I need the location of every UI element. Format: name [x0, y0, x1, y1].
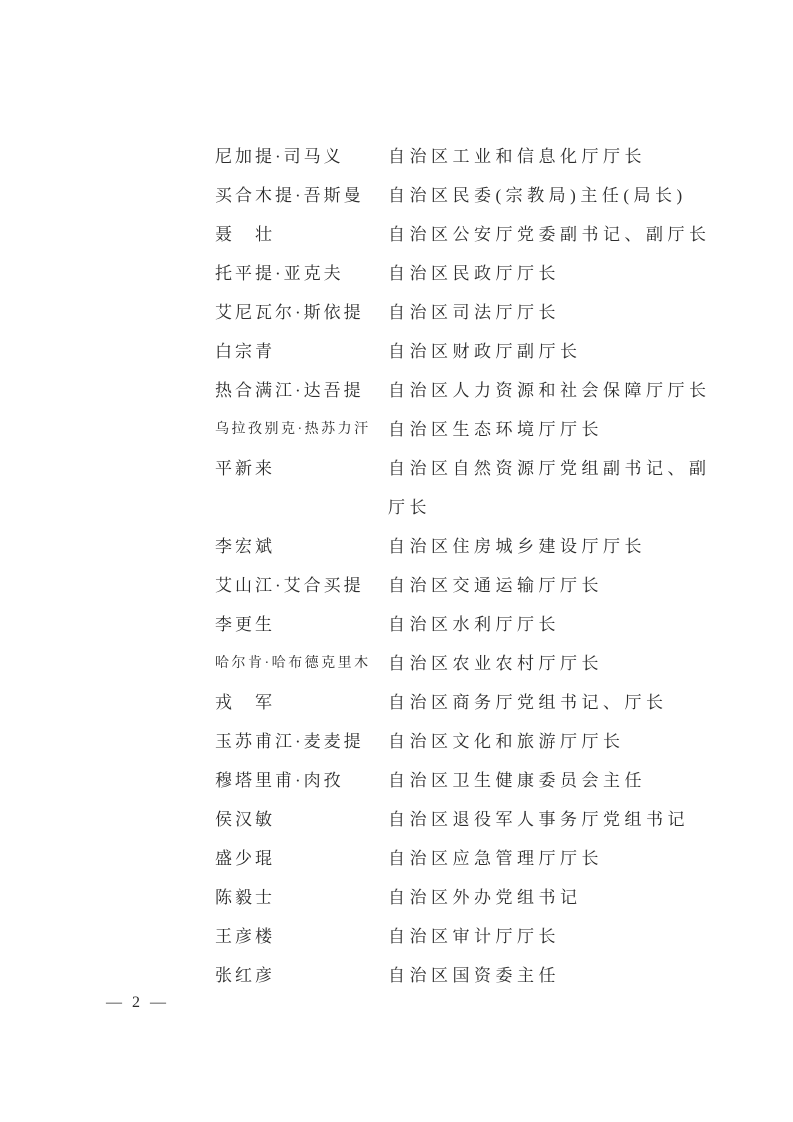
roster-row: 陈毅士 自治区外办党组书记 — [215, 878, 724, 917]
official-name: 戎 军 — [215, 683, 388, 722]
page-number: — 2 — — [106, 990, 169, 1016]
official-name: 陈毅士 — [215, 878, 388, 917]
official-name: 买合木提·吾斯曼 — [215, 176, 388, 215]
roster-row: 王彦楼 自治区审计厅厅长 — [215, 917, 724, 956]
official-title: 自治区文化和旅游厅厅长 — [388, 722, 724, 761]
roster-row: 李更生 自治区水利厅厅长 — [215, 605, 724, 644]
roster-row: 白宗青 自治区财政厅副厅长 — [215, 332, 724, 371]
roster-row: 张红彦 自治区国资委主任 — [215, 956, 724, 995]
official-name: 王彦楼 — [215, 917, 388, 956]
official-name: 尼加提·司马义 — [215, 137, 388, 176]
roster-row: 盛少琨 自治区应急管理厅厅长 — [215, 839, 724, 878]
official-name: 玉苏甫江·麦麦提 — [215, 722, 388, 761]
official-title: 自治区财政厅副厅长 — [388, 332, 724, 371]
official-name: 艾尼瓦尔·斯依提 — [215, 293, 388, 332]
document-page: 尼加提·司马义 自治区工业和信息化厅厅长 买合木提·吾斯曼 自治区民委(宗教局)… — [0, 0, 793, 1122]
official-name: 李宏斌 — [215, 527, 388, 566]
official-title: 自治区水利厅厅长 — [388, 605, 724, 644]
official-title: 自治区司法厅厅长 — [388, 293, 724, 332]
official-name: 盛少琨 — [215, 839, 388, 878]
official-name: 聂 壮 — [215, 215, 388, 254]
official-name: 乌拉孜别克·热苏力汗 — [215, 410, 388, 449]
official-title: 自治区交通运输厅厅长 — [388, 566, 724, 605]
official-name: 艾山江·艾合买提 — [215, 566, 388, 605]
roster-row: 玉苏甫江·麦麦提 自治区文化和旅游厅厅长 — [215, 722, 724, 761]
official-title: 自治区卫生健康委员会主任 — [388, 761, 724, 800]
official-name: 白宗青 — [215, 332, 388, 371]
official-title: 自治区住房城乡建设厅厅长 — [388, 527, 724, 566]
appointment-roster: 尼加提·司马义 自治区工业和信息化厅厅长 买合木提·吾斯曼 自治区民委(宗教局)… — [215, 137, 724, 995]
roster-row: 乌拉孜别克·热苏力汗 自治区生态环境厅厅长 — [215, 410, 724, 449]
roster-row: 侯汉敏 自治区退役军人事务厅党组书记 — [215, 800, 724, 839]
official-title: 自治区民委(宗教局)主任(局长) — [388, 176, 724, 215]
official-title: 自治区外办党组书记 — [388, 878, 724, 917]
roster-row: 戎 军 自治区商务厅党组书记、厅长 — [215, 683, 724, 722]
official-title: 自治区民政厅厅长 — [388, 254, 724, 293]
official-title: 自治区国资委主任 — [388, 956, 724, 995]
official-name: 侯汉敏 — [215, 800, 388, 839]
official-name: 热合满江·达吾提 — [215, 371, 388, 410]
official-name: 托平提·亚克夫 — [215, 254, 388, 293]
official-name: 张红彦 — [215, 956, 388, 995]
official-title: 自治区工业和信息化厅厅长 — [388, 137, 724, 176]
official-name: 平新来 — [215, 449, 388, 488]
roster-row: 哈尔肯·哈布德克里木 自治区农业农村厅厅长 — [215, 644, 724, 683]
official-title: 自治区农业农村厅厅长 — [388, 644, 724, 683]
official-title: 自治区人力资源和社会保障厅厅长 — [388, 371, 724, 410]
official-title: 自治区商务厅党组书记、厅长 — [388, 683, 724, 722]
roster-row: 艾尼瓦尔·斯依提 自治区司法厅厅长 — [215, 293, 724, 332]
roster-row: 艾山江·艾合买提 自治区交通运输厅厅长 — [215, 566, 724, 605]
official-title: 自治区生态环境厅厅长 — [388, 410, 724, 449]
official-name: 哈尔肯·哈布德克里木 — [215, 644, 388, 683]
official-title: 自治区审计厅厅长 — [388, 917, 724, 956]
official-name: 李更生 — [215, 605, 388, 644]
official-title: 自治区自然资源厅党组副书记、副厅长 — [388, 449, 724, 527]
roster-row: 李宏斌 自治区住房城乡建设厅厅长 — [215, 527, 724, 566]
official-title: 自治区应急管理厅厅长 — [388, 839, 724, 878]
roster-row: 聂 壮 自治区公安厅党委副书记、副厅长 — [215, 215, 724, 254]
official-title: 自治区公安厅党委副书记、副厅长 — [388, 215, 724, 254]
roster-row: 尼加提·司马义 自治区工业和信息化厅厅长 — [215, 137, 724, 176]
official-title: 自治区退役军人事务厅党组书记 — [388, 800, 724, 839]
roster-row: 托平提·亚克夫 自治区民政厅厅长 — [215, 254, 724, 293]
roster-row: 热合满江·达吾提 自治区人力资源和社会保障厅厅长 — [215, 371, 724, 410]
official-name: 穆塔里甫·肉孜 — [215, 761, 388, 800]
roster-row: 平新来 自治区自然资源厅党组副书记、副厅长 — [215, 449, 724, 527]
roster-row: 穆塔里甫·肉孜 自治区卫生健康委员会主任 — [215, 761, 724, 800]
roster-row: 买合木提·吾斯曼 自治区民委(宗教局)主任(局长) — [215, 176, 724, 215]
